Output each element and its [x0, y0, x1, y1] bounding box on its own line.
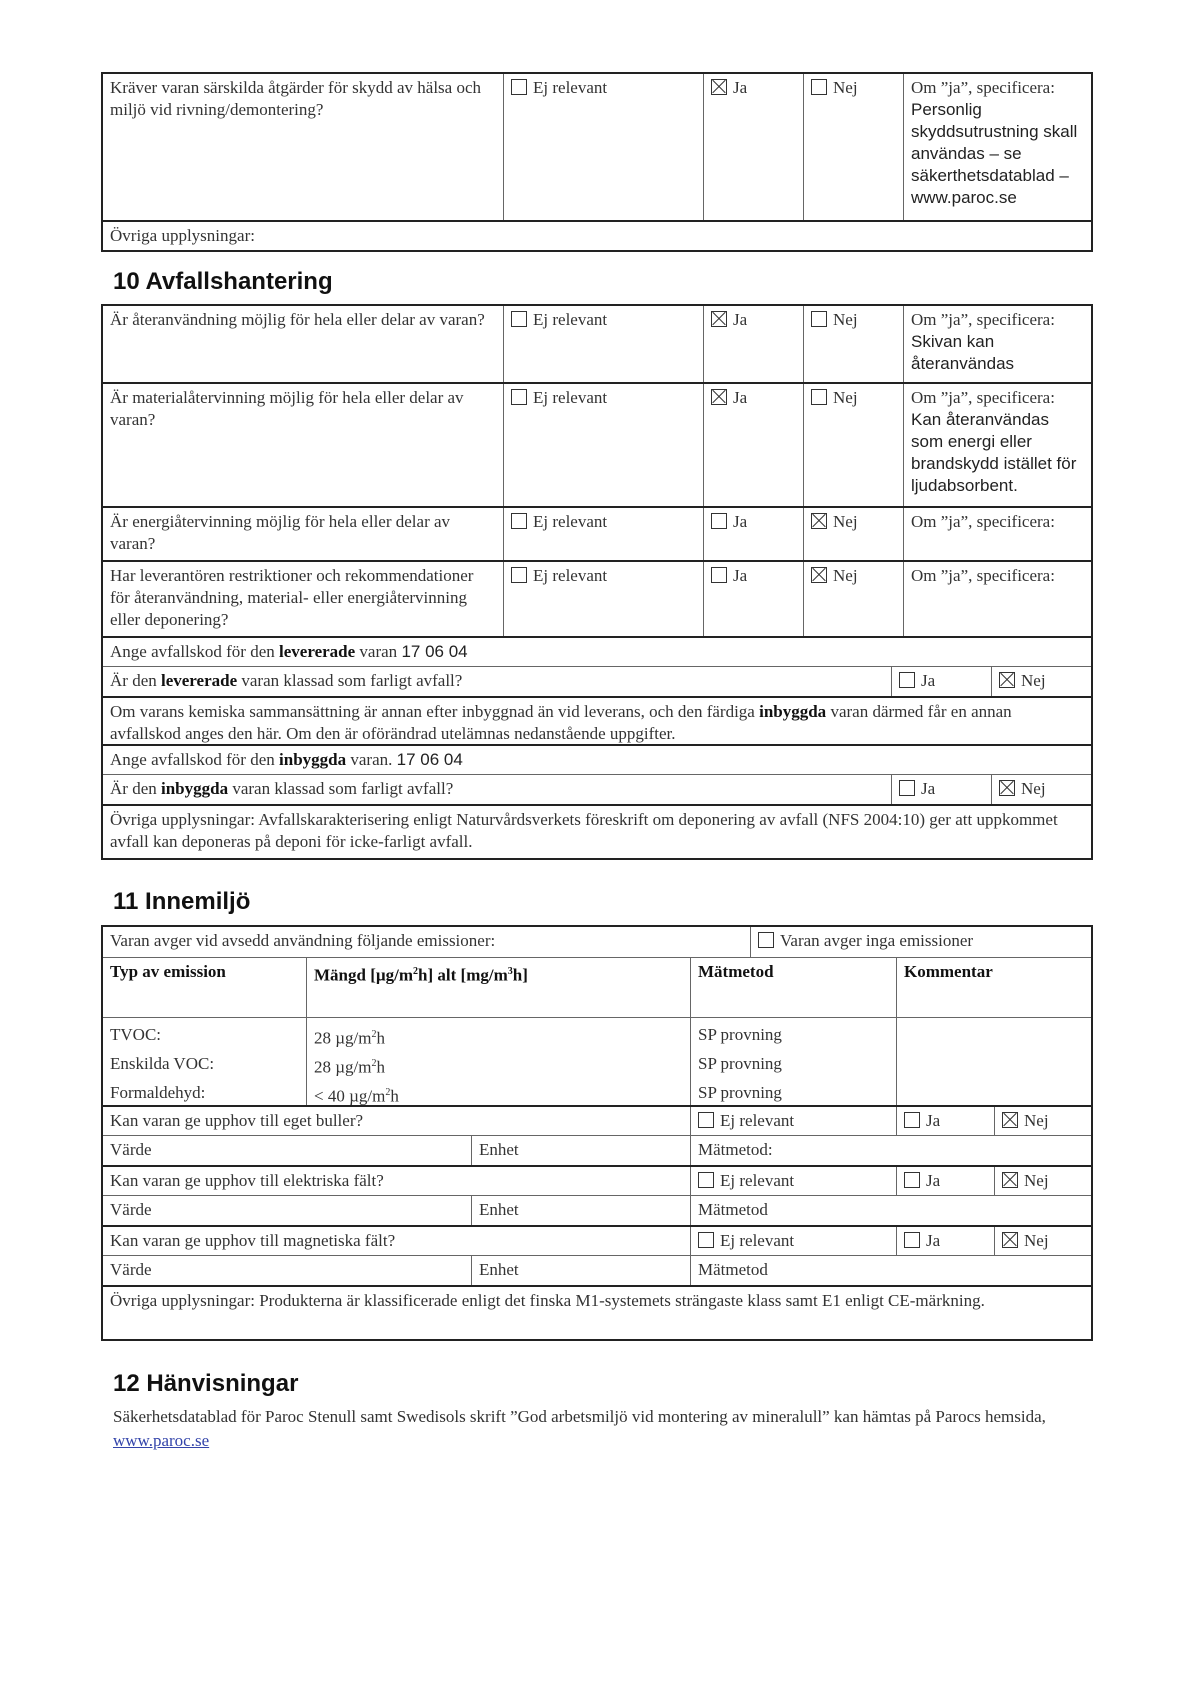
checkbox-label: Ej relevant — [720, 1231, 794, 1250]
spec-value[interactable]: Skivan kan återanvändas — [911, 331, 1084, 375]
value-field[interactable]: Värde — [103, 1256, 471, 1285]
table-row: Är materialåtervinning möjlig för hela e… — [103, 382, 1091, 506]
checkbox-label: Nej — [1024, 1111, 1049, 1130]
checkbox-ja[interactable] — [904, 1112, 920, 1128]
checkbox-label: Nej — [833, 566, 858, 585]
checkbox-label: Ej relevant — [533, 388, 607, 407]
section-title: 11 Innemiljö — [113, 888, 250, 916]
spec-value[interactable]: Personlig skyddsutrustning skall använda… — [911, 99, 1084, 209]
checkbox-nej[interactable] — [999, 672, 1015, 688]
checkbox-label: Nej — [1024, 1171, 1049, 1190]
checkbox-label: Ej relevant — [533, 310, 607, 329]
checkbox-ja[interactable] — [711, 513, 727, 529]
checkbox-ja[interactable] — [904, 1172, 920, 1188]
header-method: Mätmetod — [690, 958, 896, 1017]
checkbox-label: Ja — [733, 78, 747, 97]
references-text: Säkerhetsdatablad för Paroc Stenull samt… — [113, 1405, 1093, 1453]
checkbox-label: Ja — [926, 1171, 940, 1190]
checkbox-label: Ja — [921, 671, 935, 690]
checkbox-label: Ej relevant — [533, 566, 607, 585]
question-text: Är materialåtervinning möjlig för hela e… — [103, 384, 503, 506]
checkbox-ja[interactable] — [711, 79, 727, 95]
checkbox-ja[interactable] — [899, 672, 915, 688]
checkbox-nej[interactable] — [811, 567, 827, 583]
checkbox-label: Ej relevant — [720, 1111, 794, 1130]
checkbox-no-emissions[interactable] — [758, 932, 774, 948]
value-field[interactable]: Värde — [103, 1196, 471, 1225]
checkbox-label: Ja — [733, 388, 747, 407]
emits-label: Varan avger vid avsedd användning följan… — [103, 927, 750, 957]
table-row: Kan varan ge upphov till eget buller?Ej … — [103, 1105, 1091, 1135]
paroc-link[interactable]: www.paroc.se — [113, 1431, 209, 1450]
checkbox-label: Ja — [733, 512, 747, 531]
checkbox-nej[interactable] — [811, 389, 827, 405]
checkbox-ej-relevant[interactable] — [698, 1112, 714, 1128]
checkbox-label: Ej relevant — [533, 78, 607, 97]
checkbox-ej-relevant[interactable] — [511, 513, 527, 529]
checkbox-label: Ja — [733, 310, 747, 329]
checkbox-label: Ja — [921, 779, 935, 798]
header-type: Typ av emission — [103, 958, 306, 1017]
checkbox-label: Ja — [733, 566, 747, 585]
spec-value[interactable]: Kan återanvändas som energi eller brands… — [911, 409, 1084, 497]
checkbox-label: Nej — [1021, 671, 1046, 690]
other-info[interactable]: Övriga upplysningar: Avfallskarakteriser… — [103, 806, 1091, 858]
question-text: Kan varan ge upphov till magnetiska fält… — [103, 1227, 690, 1255]
checkbox-nej[interactable] — [811, 79, 827, 95]
method-field[interactable]: Mätmetod — [690, 1256, 1091, 1285]
checkbox-ja[interactable] — [711, 311, 727, 327]
other-info[interactable]: Övriga upplysningar: Produkterna är klas… — [103, 1287, 1091, 1339]
checkbox-nej[interactable] — [999, 780, 1015, 796]
checkbox-label: Ja — [926, 1231, 940, 1250]
checkbox-nej[interactable] — [811, 311, 827, 327]
method-field[interactable]: Mätmetod: — [690, 1136, 1091, 1165]
checkbox-ej-relevant[interactable] — [698, 1232, 714, 1248]
checkbox-ej-relevant[interactable] — [511, 79, 527, 95]
question-text: Kan varan ge upphov till elektriska fält… — [103, 1167, 690, 1195]
emissions-rows: TVOC:Enskilda VOC:Formaldehyd:28 µg/m2h2… — [103, 1017, 1091, 1105]
waste-code-delivered[interactable]: Ange avfallskod för den levererade varan… — [103, 638, 1091, 666]
checkbox-label: Nej — [1021, 779, 1046, 798]
checkbox-ja[interactable] — [711, 567, 727, 583]
section10-table: Är återanvändning möjlig för hela eller … — [101, 304, 1093, 860]
header-comment: Kommentar — [896, 958, 1091, 1017]
question-text: Har leverantören restriktioner och rekom… — [103, 562, 503, 636]
value-field[interactable]: Värde — [103, 1136, 471, 1165]
checkbox-nej[interactable] — [1002, 1232, 1018, 1248]
checkbox-ej-relevant[interactable] — [511, 311, 527, 327]
section11-table: Varan avger vid avsedd användning följan… — [101, 925, 1093, 1341]
unit-field[interactable]: Enhet — [471, 1256, 690, 1285]
method-field[interactable]: Mätmetod — [690, 1196, 1091, 1225]
checkbox-nej[interactable] — [1002, 1112, 1018, 1128]
table-row: Kan varan ge upphov till magnetiska fält… — [103, 1225, 1091, 1255]
table-row: Är energiåtervinning möjlig för hela ell… — [103, 506, 1091, 560]
spec-label: Om ”ja”, specificera: — [911, 309, 1084, 331]
unit-field[interactable]: Enhet — [471, 1196, 690, 1225]
checkbox-label: Varan avger inga emissioner — [780, 931, 973, 950]
checkbox-ja[interactable] — [904, 1232, 920, 1248]
checkbox-label: Ej relevant — [533, 512, 607, 531]
section9-table: Kräver varan särskilda åtgärder för skyd… — [101, 72, 1093, 252]
spec-label: Om ”ja”, specificera: — [911, 387, 1084, 409]
checkbox-nej[interactable] — [1002, 1172, 1018, 1188]
hazardous-question: Är den levererade varan klassad som farl… — [103, 667, 891, 696]
checkbox-label: Ej relevant — [720, 1171, 794, 1190]
table-row: Är återanvändning möjlig för hela eller … — [103, 306, 1091, 382]
section-title: 12 Hänvisningar — [113, 1370, 298, 1398]
checkbox-label: Nej — [833, 310, 858, 329]
question-text: Är återanvändning möjlig för hela eller … — [103, 306, 503, 382]
checkbox-ej-relevant[interactable] — [511, 567, 527, 583]
checkbox-ja[interactable] — [711, 389, 727, 405]
checkbox-label: Nej — [833, 512, 858, 531]
question-text: Kräver varan särskilda åtgärder för skyd… — [103, 74, 503, 220]
checkbox-label: Nej — [833, 388, 858, 407]
checkbox-nej[interactable] — [811, 513, 827, 529]
table-row: Kan varan ge upphov till elektriska fält… — [103, 1165, 1091, 1195]
hazardous-question: Är den inbyggda varan klassad som farlig… — [103, 775, 891, 804]
unit-field[interactable]: Enhet — [471, 1136, 690, 1165]
note-text: Om varans kemiska sammansättning är anna… — [103, 698, 1091, 744]
table-row: Har leverantören restriktioner och rekom… — [103, 560, 1091, 636]
checkbox-ej-relevant[interactable] — [698, 1172, 714, 1188]
spec-label: Om ”ja”, specificera: — [911, 565, 1084, 587]
question-text: Kan varan ge upphov till eget buller? — [103, 1107, 690, 1135]
section-title: 10 Avfallshantering — [113, 268, 333, 296]
checkbox-ja[interactable] — [899, 780, 915, 796]
header-amount: Mängd [µg/m2h] alt [mg/m3h] — [306, 958, 690, 1017]
checkbox-label: Nej — [1024, 1231, 1049, 1250]
spec-label: Om ”ja”, specificera: — [911, 77, 1084, 99]
other-info[interactable]: Övriga upplysningar: — [103, 222, 1091, 250]
question-text: Är energiåtervinning möjlig för hela ell… — [103, 508, 503, 560]
checkbox-ej-relevant[interactable] — [511, 389, 527, 405]
checkbox-label: Nej — [833, 78, 858, 97]
spec-label: Om ”ja”, specificera: — [911, 511, 1084, 533]
waste-code-built[interactable]: Ange avfallskod för den inbyggda varan. … — [103, 746, 1091, 774]
checkbox-label: Ja — [926, 1111, 940, 1130]
